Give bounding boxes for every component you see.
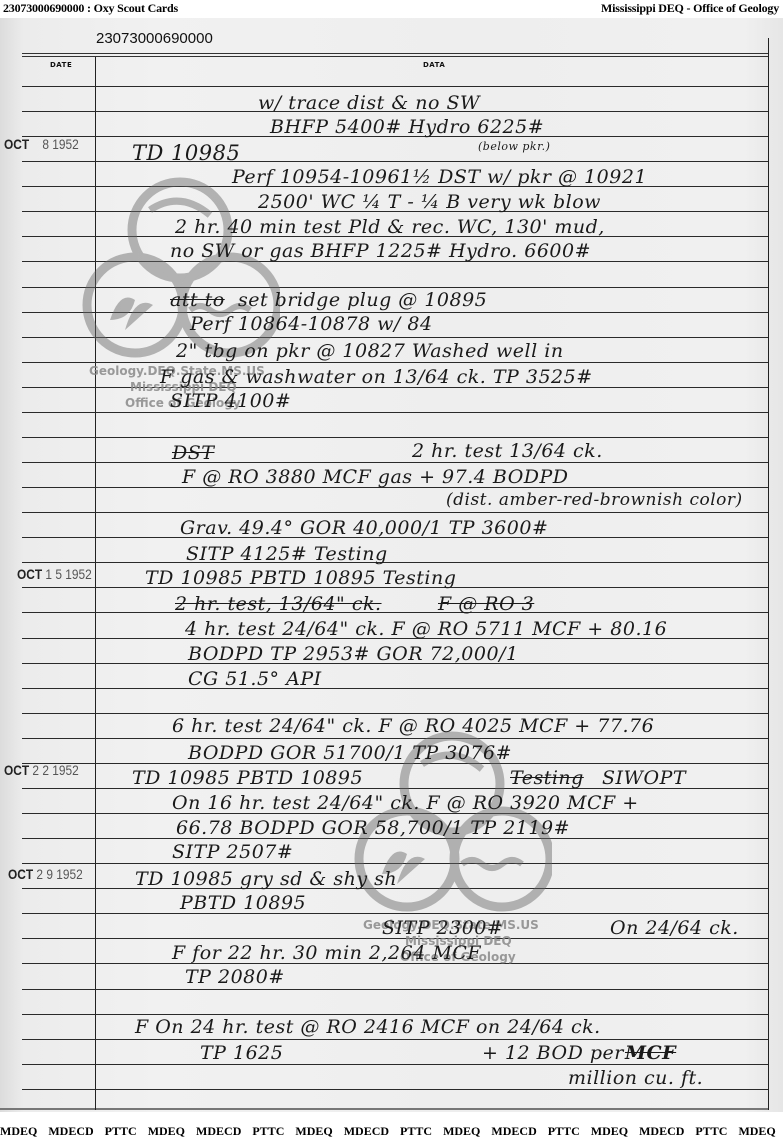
entry-line: (below pkr.) <box>478 140 550 153</box>
entry-line: TP 2080# <box>185 966 285 988</box>
entry-line: On 16 hr. test 24/64" ck. F @ RO 3920 MC… <box>172 792 639 814</box>
entry-line: + 12 BOD per <box>482 1042 624 1064</box>
entry-line: Perf 10864-10878 w/ 84 <box>190 313 433 335</box>
footer-item: MDEQ <box>443 1124 480 1138</box>
entry-line: Grav. 49.4° GOR 40,000/1 TP 3600# <box>180 517 548 539</box>
entry-line-struck: F @ RO 3 <box>438 593 534 615</box>
entry-line: CG 51.5° API <box>188 668 322 690</box>
footer-item: PTTC <box>548 1124 580 1138</box>
entry-line: Perf 10954-10961½ DST w/ pkr @ 10921 <box>232 166 647 188</box>
ruled-line <box>22 412 768 413</box>
footer-item: MDEQ <box>295 1124 332 1138</box>
column-header-date: DATE <box>50 61 72 69</box>
column-header-data: DATA <box>423 61 445 69</box>
ruled-line <box>22 1064 768 1065</box>
card-bottom-edge <box>0 1108 768 1110</box>
ruled-line <box>22 86 768 87</box>
entry-line: F On 24 hr. test @ RO 2416 MCF on 24/64 … <box>135 1016 601 1038</box>
ruled-line <box>22 713 768 714</box>
footer-item: MDECD <box>491 1124 536 1138</box>
entry-line: TP 1625 <box>200 1042 283 1064</box>
footer-item: MDEQ <box>591 1124 628 1138</box>
entry-line: F gas & washwater on 13/64 ck. TP 3525# <box>160 366 593 388</box>
footer-agency-strip: MDEQMDECDPTTCMDEQMDECDPTTCMDEQMDECDPTTCM… <box>0 1124 783 1143</box>
entry-line-struck: Testing <box>510 767 584 789</box>
entry-line: On 24/64 ck. <box>610 917 739 939</box>
entry-line: BODPD TP 2953# GOR 72,000/1 <box>188 643 519 665</box>
ruled-line <box>22 437 768 438</box>
footer-item: MDEQ <box>738 1124 775 1138</box>
ruled-line <box>22 1039 768 1040</box>
agency-title: Mississippi DEQ - Office of Geology <box>601 1 779 16</box>
entry-line: 2500' WC ¼ T - ¼ B very wk blow <box>258 191 601 213</box>
entry-line: 2 hr. test 13/64 ck. <box>412 440 603 462</box>
date-stamp: OCT 2 9 1952 <box>8 866 83 882</box>
ruled-line <box>22 562 768 563</box>
entry-line: TD 10985 gry sd & shy sh <box>135 868 397 890</box>
entry-line: TD 10985 PBTD 10895 <box>132 767 363 789</box>
entry-line: TD 10985 PBTD 10895 Testing <box>145 567 456 589</box>
ruled-line <box>22 462 768 463</box>
entry-line: 2" tbg on pkr @ 10827 Washed well in <box>176 340 564 362</box>
footer-item: PTTC <box>252 1124 284 1138</box>
entry-line: BODPD GOR 51700/1 TP 3076# <box>188 742 512 764</box>
entry-line: SIWOPT <box>602 767 686 789</box>
footer-item: MDEQ <box>148 1124 185 1138</box>
date-stamp: OCT 8 1952 <box>4 136 79 152</box>
entry-line: SITP 2507# <box>172 841 293 863</box>
entry-line: no SW or gas BHFP 1225# Hydro. 6600# <box>170 240 591 262</box>
entry-line: 4 hr. test 24/64" ck. F @ RO 5711 MCF + … <box>185 618 667 640</box>
entry-line: 6 hr. test 24/64" ck. F @ RO 4025 MCF + … <box>172 715 654 737</box>
entry-line: SITP 4125# Testing <box>186 543 388 565</box>
entry-line-struck: MCF <box>625 1042 676 1064</box>
ruled-line <box>22 688 768 689</box>
footer-item: MDECD <box>639 1124 684 1138</box>
entry-line: TD 10985 <box>132 141 240 165</box>
date-stamp: OCT 2 2 1952 <box>4 762 79 778</box>
entry-line-struck: 2 hr. test, 13/64" ck. <box>175 593 382 615</box>
footer-item: PTTC <box>400 1124 432 1138</box>
entry-line: SITP 4100# <box>170 390 291 412</box>
document-title: 23073000690000 : Oxy Scout Cards <box>3 1 178 16</box>
footer-item: MDECD <box>196 1124 241 1138</box>
entry-line: million cu. ft. <box>568 1067 703 1089</box>
ruled-line <box>22 1014 768 1015</box>
footer-item: PTTC <box>105 1124 137 1138</box>
footer-item: MDECD <box>48 1124 93 1138</box>
entry-line: PBTD 10895 <box>180 892 306 914</box>
ruled-line <box>22 989 768 990</box>
header-rule <box>22 56 768 57</box>
entry-line: set bridge plug @ 10895 <box>238 289 487 311</box>
entry-line: w/ trace dist & no SW <box>258 92 480 114</box>
ruled-line <box>22 1089 768 1090</box>
entry-line-struck: att to <box>170 289 225 311</box>
entry-line: 66.78 BODPD GOR 58,700/1 TP 2119# <box>176 817 570 839</box>
card-api-number: 23073000690000 <box>96 30 213 47</box>
date-stamp: OCT 1 5 1952 <box>17 566 92 582</box>
entry-line: F @ RO 3880 MCF gas + 97.4 BODPD <box>182 466 569 488</box>
viewer-header: 23073000690000 : Oxy Scout Cards Mississ… <box>0 0 783 18</box>
footer-item: PTTC <box>695 1124 727 1138</box>
footer-item: MDECD <box>344 1124 389 1138</box>
card-right-edge <box>768 38 769 1110</box>
entry-line: BHFP 5400# Hydro 6225# <box>270 116 544 138</box>
ruled-line <box>22 612 768 613</box>
entry-line-struck: DST <box>172 442 214 464</box>
entry-line: 2 hr. 40 min test Pld & rec. WC, 130' mu… <box>175 216 605 238</box>
entry-line: SITP 2300# <box>382 917 503 939</box>
footer-item: MDEQ <box>0 1124 37 1138</box>
entry-line: (dist. amber-red-brownish color) <box>446 490 743 510</box>
ruled-line <box>22 512 768 513</box>
entry-line: F for 22 hr. 30 min 2,264 MCF <box>172 942 481 964</box>
header-rule <box>22 53 768 54</box>
